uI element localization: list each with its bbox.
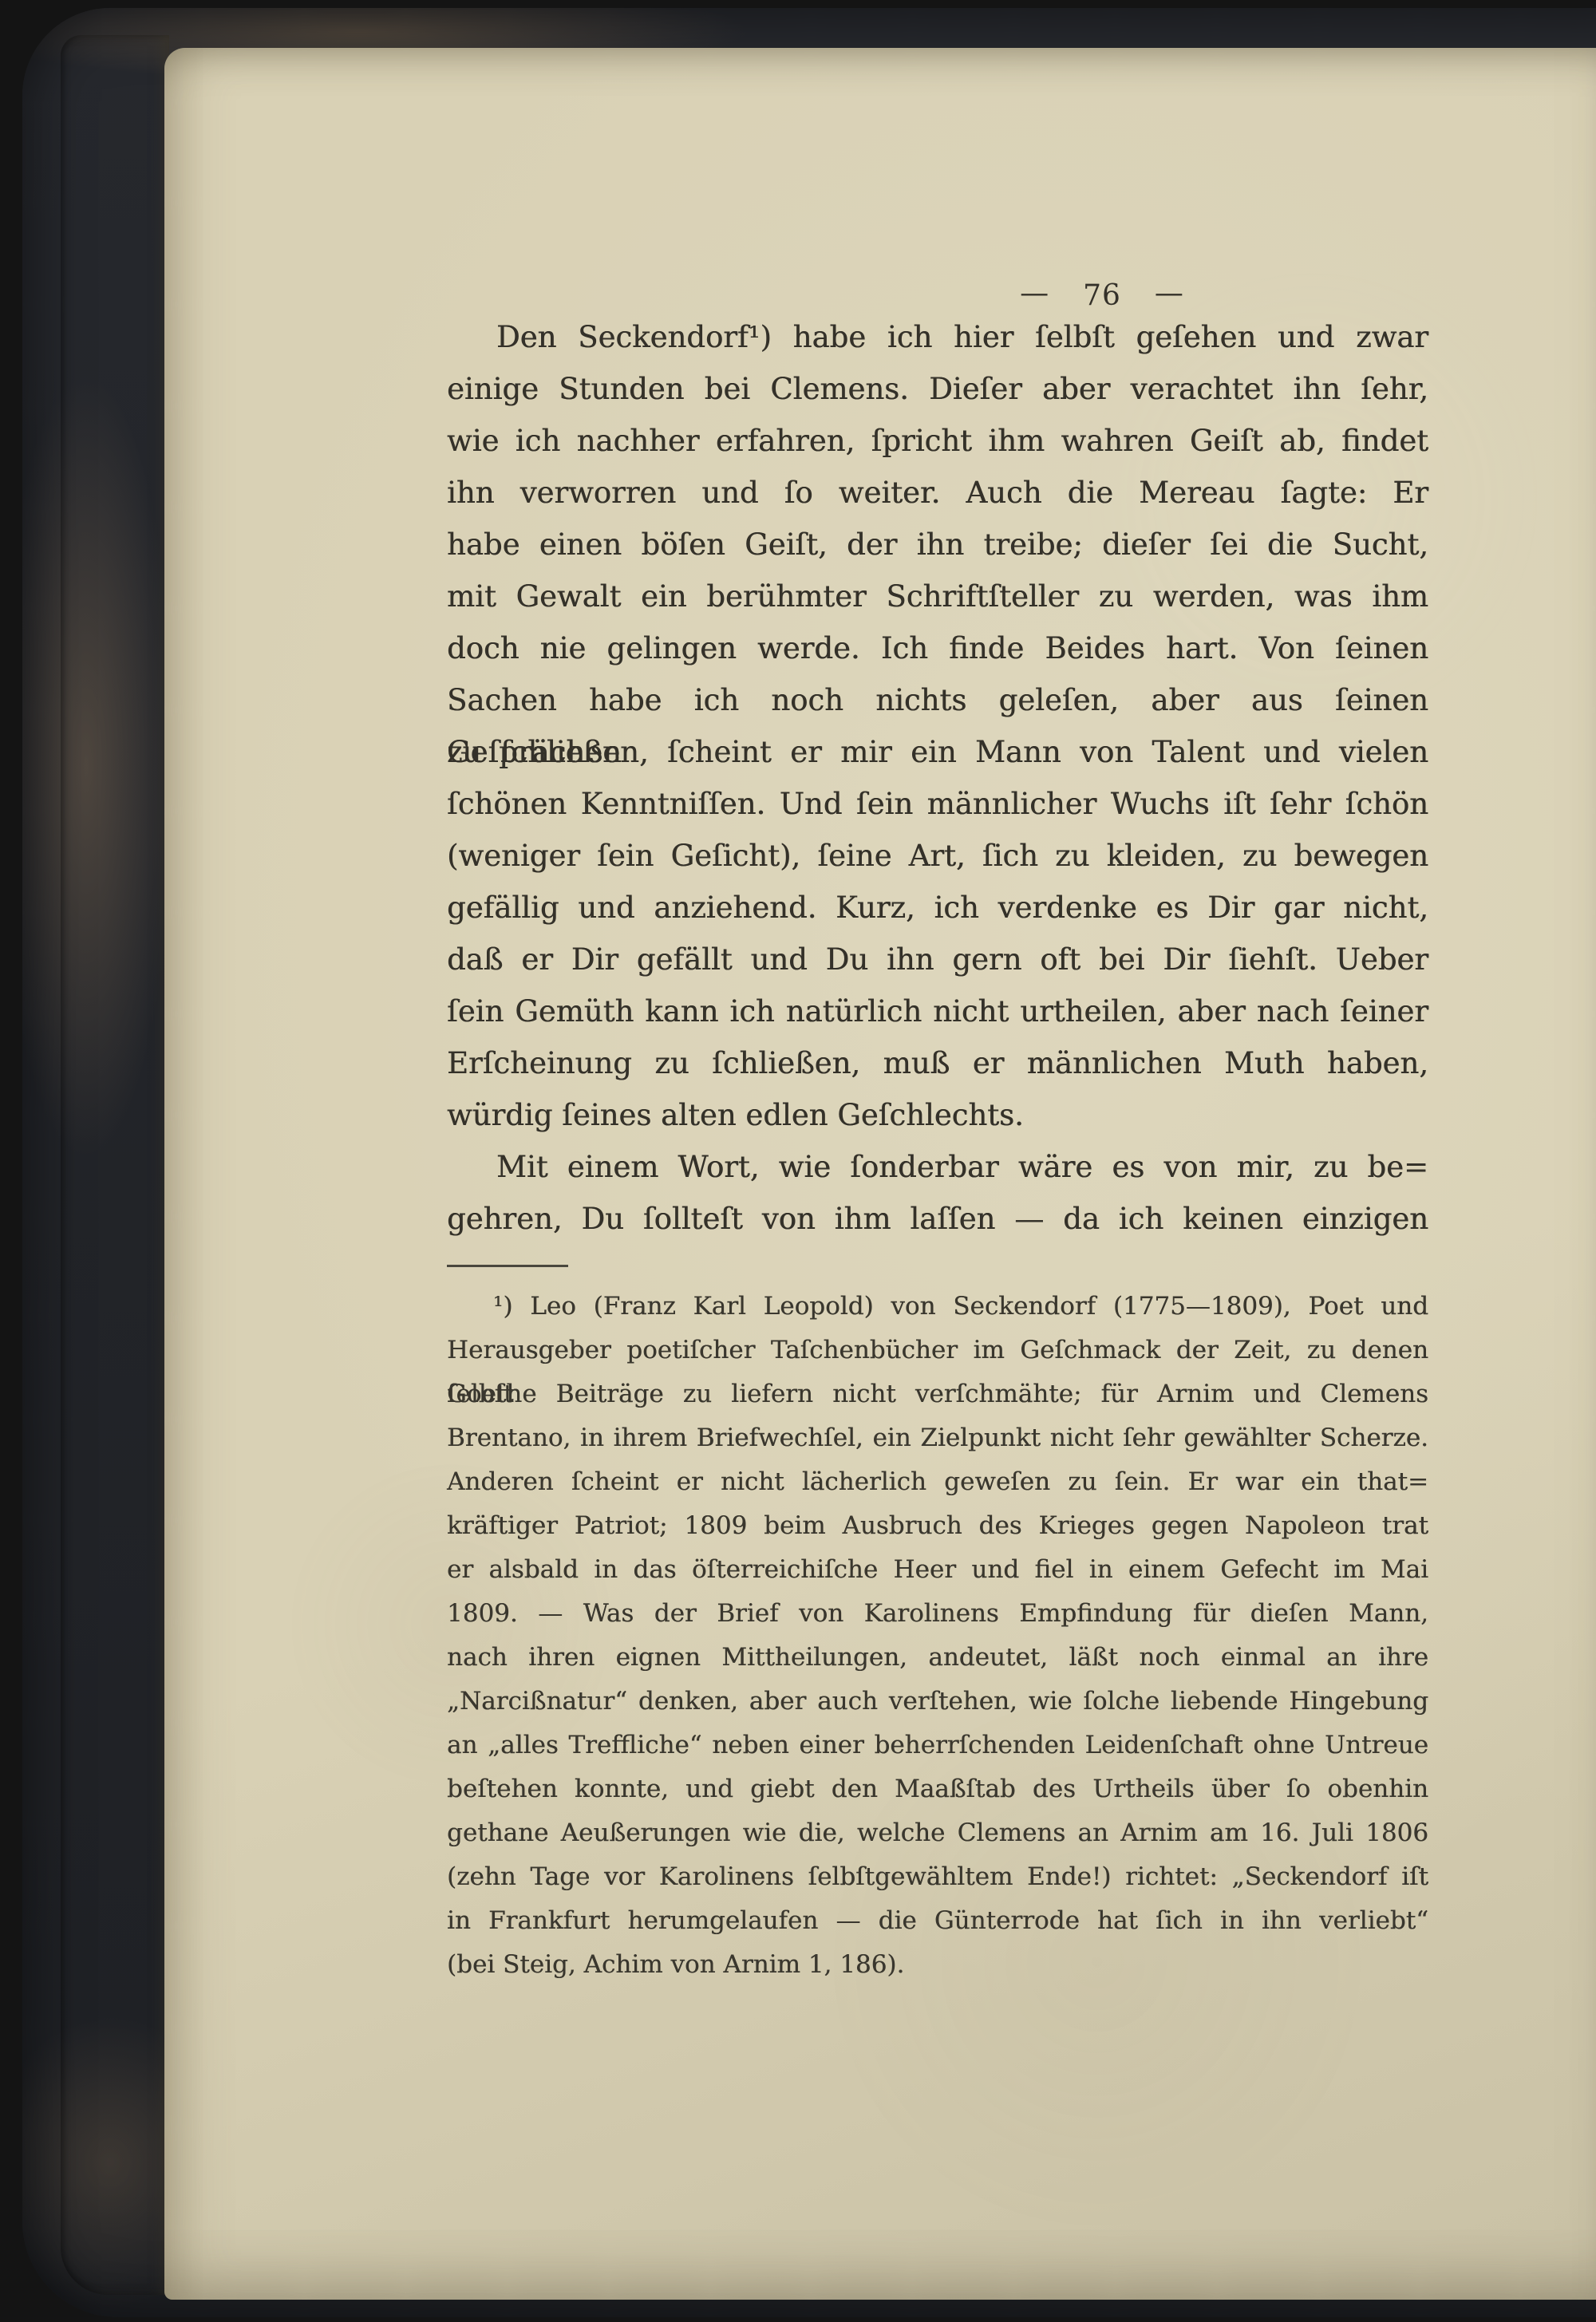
page-header: —76— — [611, 276, 1593, 316]
text-line: wie ich nachher erfahren, ſpricht ihm wa… — [447, 415, 1428, 467]
footnote-paragraph: ¹) Leo (Franz Karl Leopold) von Seckendo… — [447, 1285, 1428, 1987]
text-line: Sachen habe ich noch nichts geleſen, abe… — [447, 674, 1428, 726]
scanned-book-photo: —76— Den Seckendorf¹) habe ich hier ſelb… — [0, 0, 1596, 2322]
text-line: daß er Dir gefällt und Du ihn gern oft b… — [447, 934, 1428, 985]
text-line: (bei Steig, Achim von Arnim 1, 186). — [447, 1943, 1428, 1987]
text-line: Goethe Beiträge zu liefern nicht verſchm… — [447, 1372, 1428, 1416]
body-text: Den Seckendorf¹) habe ich hier ſelbſt ge… — [447, 311, 1428, 1245]
text-line: ¹) Leo (Franz Karl Leopold) von Seckendo… — [447, 1285, 1428, 1329]
text-line: beſtehen konnte, und giebt den Maaßſtab … — [447, 1767, 1428, 1811]
footnote-separator — [447, 1265, 568, 1267]
text-line: Herausgeber poetiſcher Taſchenbücher im … — [447, 1329, 1428, 1372]
header-dash-left: — — [1020, 277, 1049, 310]
text-line: nach ihren eignen Mittheilungen, andeute… — [447, 1636, 1428, 1680]
text-line: Anderen ſcheint er nicht lächerlich gewe… — [447, 1460, 1428, 1504]
text-line: Mit einem Wort, wie ſonderbar wäre es vo… — [447, 1141, 1428, 1193]
text-line: Erſcheinung zu ſchließen, muß er männlic… — [447, 1037, 1428, 1089]
text-line: gehren, Du ſollteſt von ihm laſſen — da … — [447, 1193, 1428, 1245]
text-line: Den Seckendorf¹) habe ich hier ſelbſt ge… — [447, 311, 1428, 363]
text-line: Brentano, in ihrem Briefwechſel, ein Zie… — [447, 1416, 1428, 1460]
text-line: an „alles Treffliche“ neben einer beherr… — [447, 1724, 1428, 1767]
text-line: mit Gewalt ein berühmter Schriftſteller … — [447, 571, 1428, 622]
text-line: kräftiger Patriot; 1809 beim Ausbruch de… — [447, 1504, 1428, 1548]
text-line: gethane Aeußerungen wie die, welche Clem… — [447, 1811, 1428, 1855]
paragraph-1: Den Seckendorf¹) habe ich hier ſelbſt ge… — [447, 311, 1428, 1141]
text-line: (weniger ſein Geſicht), ſeine Art, ſich … — [447, 830, 1428, 882]
page-edge-stack — [61, 35, 169, 2295]
footnote-text: ¹) Leo (Franz Karl Leopold) von Seckendo… — [447, 1285, 1428, 1987]
text-line: ihn verworren und ſo weiter. Auch die Me… — [447, 467, 1428, 519]
text-line: einige Stunden bei Clemens. Dieſer aber … — [447, 363, 1428, 415]
text-line: er alsbald in das öſterreichiſche Heer u… — [447, 1548, 1428, 1592]
text-line: doch nie gelingen werde. Ich finde Beide… — [447, 622, 1428, 674]
text-line: gefällig und anziehend. Kurz, ich verden… — [447, 882, 1428, 934]
text-line: ſein Gemüth kann ich natürlich nicht urt… — [447, 985, 1428, 1037]
text-line: würdig ſeines alten edlen Geſchlechts. — [447, 1089, 1428, 1141]
text-line: ſchönen Kenntniſſen. Und ſein männlicher… — [447, 778, 1428, 830]
text-line: (zehn Tage vor Karolinens ſelbſtgewählte… — [447, 1855, 1428, 1899]
text-line: 1809. — Was der Brief von Karolinens Emp… — [447, 1592, 1428, 1636]
paragraph-2: Mit einem Wort, wie ſonderbar wäre es vo… — [447, 1141, 1428, 1245]
header-dash-right: — — [1155, 277, 1184, 310]
page-number: 76 — [1083, 279, 1121, 312]
text-line: „Narcißnatur“ denken, aber auch verſtehe… — [447, 1680, 1428, 1724]
text-line: habe einen böſen Geiſt, der ihn treibe; … — [447, 519, 1428, 571]
text-line: in Frankfurt herumgelaufen — die Günterr… — [447, 1899, 1428, 1943]
text-line: zu ſchließen, ſcheint er mir ein Mann vo… — [447, 726, 1428, 778]
